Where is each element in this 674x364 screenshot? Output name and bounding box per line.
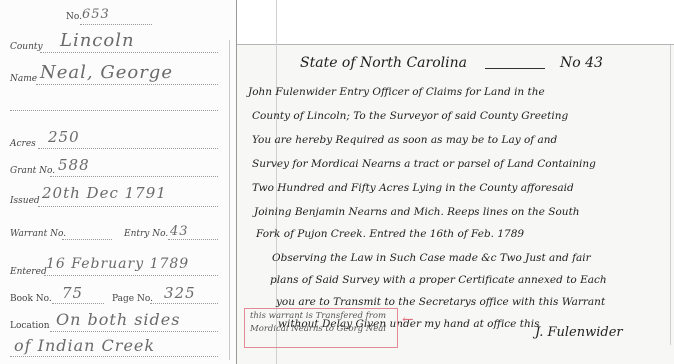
book-label: Book No.	[10, 294, 52, 304]
grant-line	[50, 176, 218, 177]
location-label: Location	[10, 321, 50, 331]
entered-label: Entered	[10, 267, 47, 277]
number-label: No.	[66, 12, 82, 22]
issued-value: 20th Dec 1791	[42, 184, 167, 202]
warrant-line-4: Survey for Mordicai Nearns a tract or pa…	[252, 158, 596, 170]
warrant-label: Warrant No.	[10, 229, 66, 239]
warrant-line-2: County of Lincoln; To the Surveyor of sa…	[252, 110, 568, 122]
name-label: Name	[10, 74, 37, 84]
location-line-2	[10, 356, 218, 357]
warrant-number: No 43	[560, 55, 603, 71]
signature: J. Fulenwider	[535, 325, 623, 340]
grant-value: 588	[58, 156, 90, 174]
warrant-line-10: you are to Transmit to the Secretarys of…	[276, 296, 605, 308]
number-line	[80, 24, 152, 25]
warrant-line-5: Two Hundred and Fifty Acres Lying in the…	[252, 182, 574, 194]
acres-label: Acres	[10, 139, 36, 149]
warrant-line-8: Observing the Law in Such Case made &c T…	[272, 252, 591, 264]
warrant-line-9: plans of Said Survey with a proper Certi…	[270, 274, 607, 286]
county-value: Lincoln	[60, 30, 135, 51]
heading-rule	[485, 68, 545, 69]
warrant-line	[62, 239, 112, 240]
entry-line	[168, 239, 218, 240]
doc-right-edge	[670, 45, 671, 345]
book-value: 75	[62, 284, 83, 302]
arrow-left-icon: ←	[402, 312, 414, 328]
issued-line	[38, 206, 218, 207]
warrant-line-1: John Fulenwider Entry Officer of Claims …	[248, 86, 545, 98]
warrant-line-7: Fork of Pujon Creek. Entred the 16th of …	[256, 228, 524, 240]
entry-value: 43	[170, 224, 189, 239]
warrant-heading: State of North Carolina	[300, 55, 467, 71]
transfer-annotation-line1: this warrant is Transfered from	[250, 311, 386, 321]
entered-value: 16 February 1789	[46, 256, 189, 272]
location-value-line1: On both sides	[56, 310, 180, 329]
location-value-line2: of Indian Creek	[14, 336, 155, 355]
entered-line	[44, 275, 218, 276]
county-line	[40, 52, 218, 53]
page-line	[150, 303, 218, 304]
book-line	[52, 303, 104, 304]
issued-label: Issued	[10, 196, 40, 206]
card-inner-edge	[229, 40, 230, 360]
entry-label: Entry No.	[124, 229, 168, 239]
location-line	[50, 331, 218, 332]
acres-value: 250	[48, 128, 80, 146]
warrant-line-6: Joining Benjamin Nearns and Mich. Reeps …	[254, 206, 580, 218]
blank-line	[10, 110, 218, 111]
transfer-annotation-line2: Mordicai Nearns to Georg Neal	[250, 324, 386, 334]
county-label: County	[10, 42, 43, 52]
acres-line	[38, 148, 218, 149]
warrant-line-3: You are hereby Required as soon as may b…	[252, 134, 557, 146]
grant-label: Grant No.	[10, 166, 55, 176]
name-value: Neal, George	[40, 62, 173, 83]
number-value: 653	[82, 7, 110, 22]
name-line	[36, 84, 218, 85]
page-value: 325	[164, 284, 196, 302]
index-card: No. 653 County Lincoln Name Neal, George…	[0, 0, 236, 364]
page-label: Page No.	[112, 294, 153, 304]
